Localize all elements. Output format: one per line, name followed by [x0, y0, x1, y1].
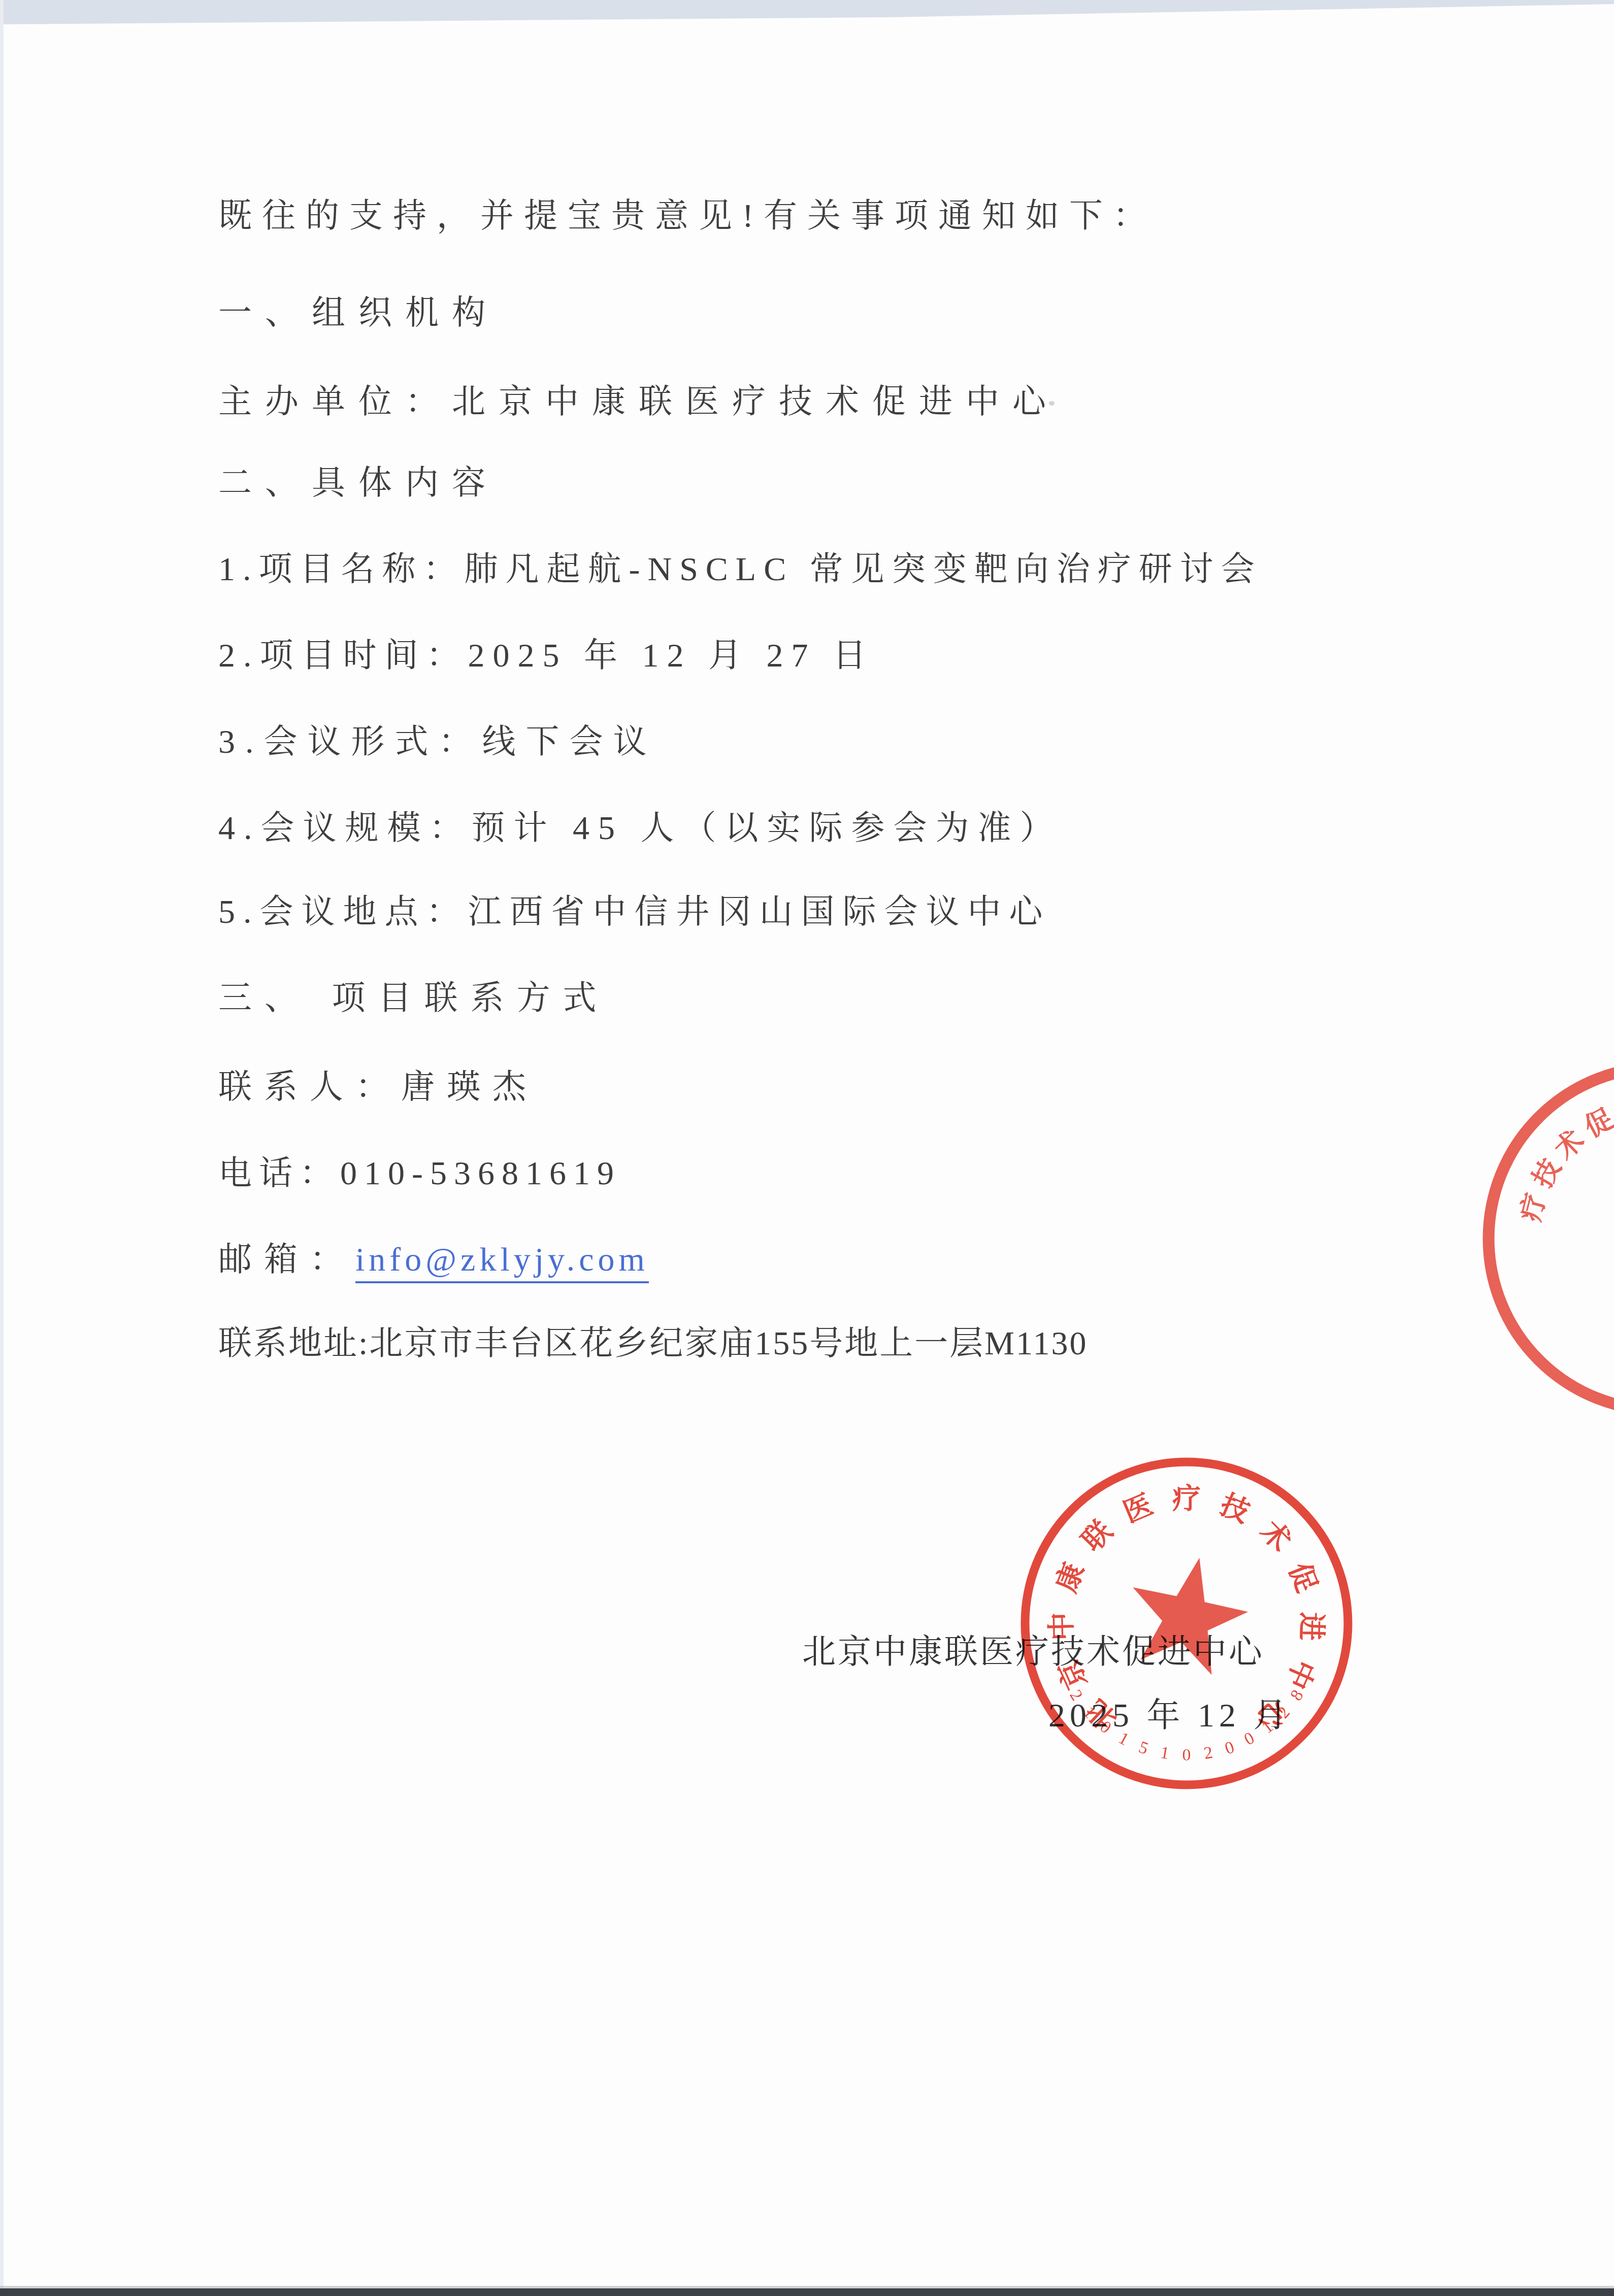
section-2-heading: 二、具体内容 [218, 465, 499, 502]
contact-person-line: 联系人：唐瑛杰 [218, 1069, 538, 1106]
scan-edge-top [0, 0, 1614, 30]
intro-line: 既往的支持，并提宝贵意见!有关事项通知如下： [218, 198, 1157, 235]
meeting-format-line: 3.会议形式：线下会议 [218, 724, 657, 760]
organizer-line: 主办单位：北京中康联医疗技术促进中心 [218, 384, 1059, 420]
phone-line: 电话：010-53681619 [218, 1155, 621, 1192]
project-date-line: 2.项目时间：2025 年 12 月 27 日 [218, 638, 874, 674]
scan-edge-left [0, 0, 4, 2296]
scanned-notice-page: 既往的支持，并提宝贵意见!有关事项通知如下： 一、组织机构 主办单位：北京中康联… [0, 0, 1614, 2296]
scan-edge-bottom [0, 2288, 1614, 2296]
partial-edge-seal: 疗技术促进 [1483, 1061, 1614, 1416]
project-name-line: 1.项目名称：肺凡起航-NSCLC 常见突变靶向治疗研讨会 [218, 551, 1262, 588]
meeting-scale-line: 4.会议规模：预计 45 人（以实际参会为准） [218, 810, 1062, 847]
contact-address-line: 联系地址:北京市丰台区花乡纪家庙155号地上一层M1130 [218, 1325, 1088, 1362]
email-label: 邮箱： [218, 1241, 355, 1278]
section-1-heading: 一、组织机构 [218, 295, 499, 331]
seal-star [1133, 1558, 1248, 1675]
meeting-venue-line: 5.会议地点：江西省中信井冈山国际会议中心 [218, 894, 1051, 930]
email-line: 邮箱：info@zklyjy.com [218, 1242, 649, 1278]
official-seal: 北京中康联医疗技术促进中心 2101510200128 [1014, 1451, 1359, 1796]
section-3-heading: 三、 项目联系方式 [218, 980, 609, 1017]
email-link[interactable]: info@zklyjy.com [355, 1241, 649, 1283]
